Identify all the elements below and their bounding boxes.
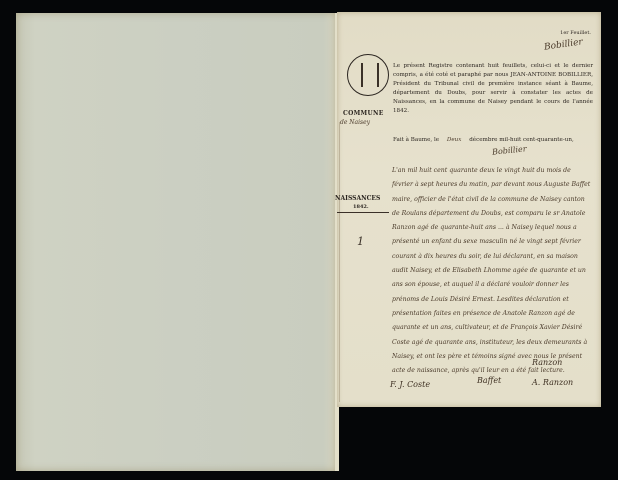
entry-number: 1 bbox=[357, 235, 364, 248]
commune-label: COMMUNE bbox=[343, 110, 384, 117]
president-signature: Bobillier bbox=[492, 144, 527, 157]
commune-value: de Naisey bbox=[340, 119, 370, 126]
fait-suffix: décembre mil-huit cent-quarante-un, bbox=[469, 137, 574, 143]
left-blank-page bbox=[16, 13, 336, 471]
fait-line: Fait à Baume, le Deux décembre mil-huit … bbox=[393, 136, 593, 145]
feuillet-label: 1er Feuillet. bbox=[560, 30, 591, 36]
section-label: NAISSANCES bbox=[335, 195, 380, 202]
signature-4: Ranzon bbox=[532, 358, 562, 367]
signature-3: A. Ranzon bbox=[532, 378, 573, 387]
signatures-block: F. J. Coste Baffet A. Ranzon Ranzon bbox=[382, 372, 597, 402]
section-year: 1842. bbox=[353, 204, 369, 210]
stamp-figure bbox=[361, 63, 379, 87]
paraph-signature: Bobillier bbox=[544, 37, 584, 52]
royal-stamp-icon bbox=[347, 54, 389, 96]
signature-1: F. J. Coste bbox=[390, 380, 430, 389]
fait-date: Deux bbox=[441, 137, 468, 143]
signature-2: Baffet bbox=[477, 376, 501, 385]
section-divider bbox=[337, 212, 389, 213]
register-preamble: Le présent Registre contenant huit feuil… bbox=[393, 62, 593, 116]
margin-rule bbox=[339, 122, 340, 402]
register-page: 1er Feuillet. Bobillier Le présent Regis… bbox=[337, 12, 601, 407]
birth-entry-text: L'an mil huit cent quarante deux le ving… bbox=[392, 164, 592, 378]
fait-prefix: Fait à Baume, le bbox=[393, 137, 439, 143]
